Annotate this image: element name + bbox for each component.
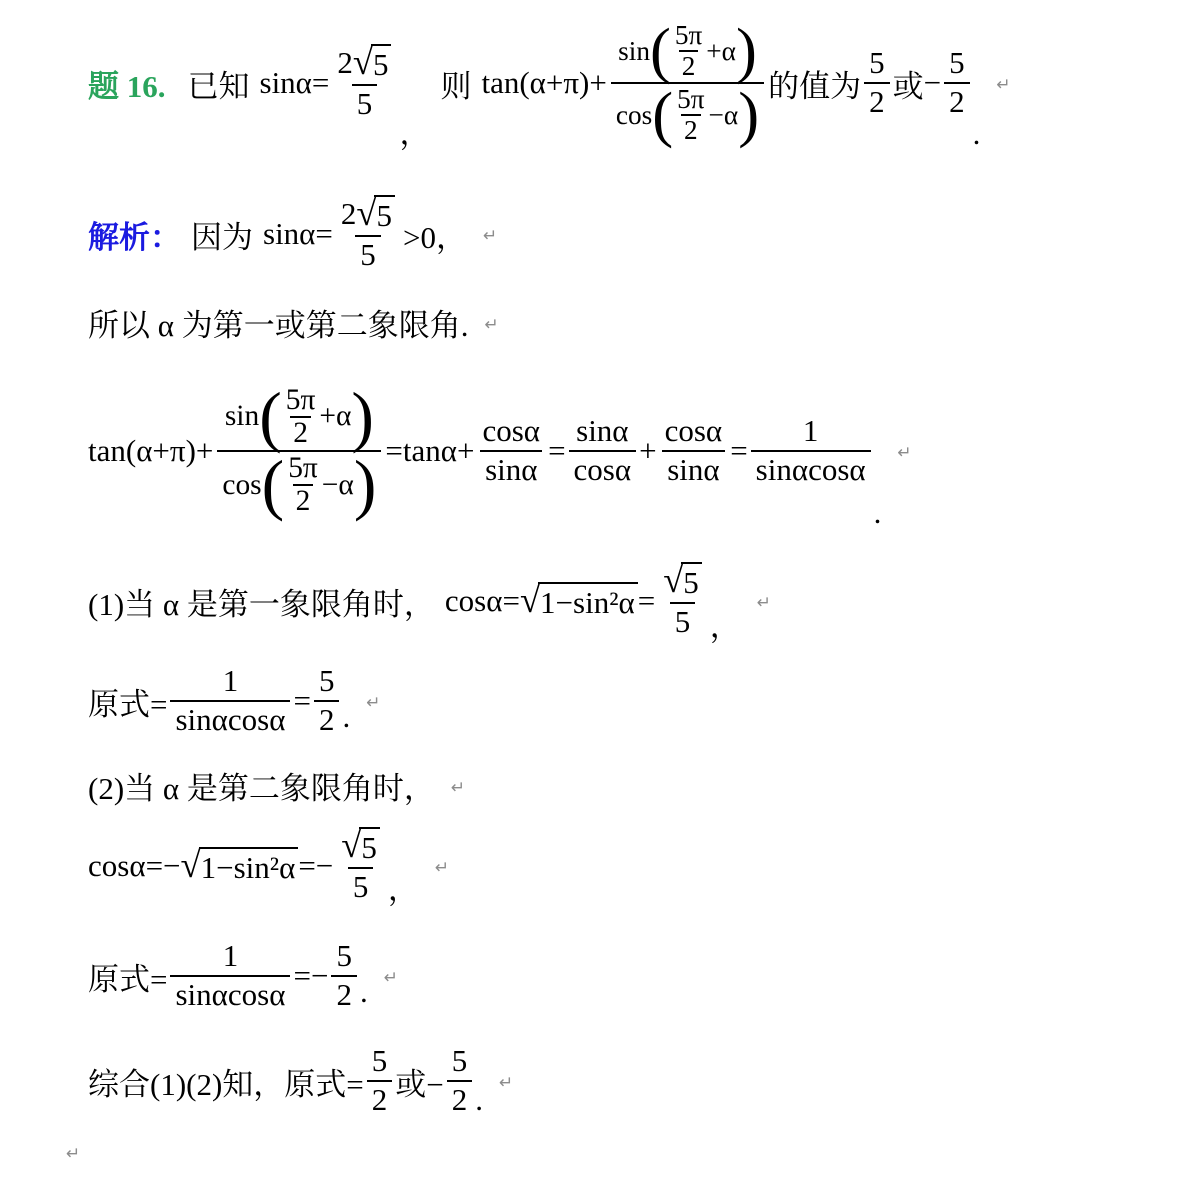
- conclusion-line: 综合(1)(2)知，原式= 5 2 或− 5 2 . ↵: [88, 1038, 1173, 1124]
- denominator: 2: [944, 82, 970, 121]
- radical-icon: √: [353, 44, 373, 81]
- fraction-5-2: 5 2: [367, 1043, 393, 1118]
- tan-expression: tan(α+π)+: [481, 65, 606, 101]
- fraction-2root5-over-5: 2 √ 5 5: [336, 194, 400, 273]
- denominator: sinα: [662, 450, 724, 489]
- fraction-denominator: 5: [348, 867, 374, 906]
- denominator: sinαcosα: [751, 450, 871, 489]
- fraction-reciprocal: 1 sinαcosα: [170, 663, 290, 738]
- problem-statement-line: 题 16. 已知 sinα= 2 √ 5 5 ， 则 tan(α+π)+ sin…: [88, 8, 1173, 158]
- numerator: sinα: [571, 413, 633, 450]
- case2-result-line: 原式= 1 sinαcosα =− 5 2 . ↵: [88, 936, 1173, 1016]
- fraction-numerator: 2 √ 5: [336, 194, 400, 235]
- or-text: 或: [893, 61, 924, 106]
- numerator: 1: [218, 663, 244, 700]
- fraction-denominator: 5: [670, 602, 696, 641]
- value-is-text: 的值为: [768, 61, 861, 106]
- radical-icon: √: [341, 827, 361, 864]
- denominator: 2: [447, 1080, 473, 1119]
- numerator: 1: [218, 938, 244, 975]
- denominator: 2: [367, 1080, 393, 1119]
- return-mark-icon: ↵: [435, 858, 449, 878]
- fraction-denominator: 5: [352, 84, 378, 123]
- radical-icon: √: [663, 562, 683, 599]
- return-mark-icon: ↵: [384, 968, 398, 988]
- cos-alpha-equals: cosα=: [445, 583, 520, 619]
- denominator: 2: [314, 700, 340, 739]
- period: .: [475, 1084, 483, 1115]
- fraction-2root5-over-5: 2 √ 5 5: [332, 43, 396, 122]
- quadrant-statement-line: 所以 α 为第一或第二象限角. ↵: [88, 300, 1173, 345]
- return-mark-icon: ↵: [485, 315, 499, 335]
- fraction-5-2: 5 2: [447, 1043, 473, 1118]
- big-fraction-sin-cos: sin ( 5π 2 +α ) cos ( 5π 2 −α ): [217, 384, 381, 519]
- case1-line: (1)当 α 是第一象限角时， cosα= √ 1−sin²α = √ 5 5 …: [88, 551, 1173, 651]
- big-fraction-denominator: cos ( 5π 2 −α ): [217, 450, 381, 518]
- known-text: 已知: [188, 61, 250, 106]
- radicand: 1−sin²α: [199, 847, 299, 886]
- original-expression-equals: 原式=: [88, 954, 167, 999]
- equals-sign: =: [548, 433, 565, 469]
- cos-alpha-equals-minus: cosα=−: [88, 848, 181, 884]
- numerator: 5: [864, 45, 890, 82]
- radicand: 5: [371, 44, 392, 83]
- fraction-root5-over-5: √ 5 5: [336, 826, 385, 905]
- left-paren: (: [262, 453, 285, 517]
- right-paren: ): [354, 453, 377, 517]
- sqrt-5: √ 5: [663, 562, 702, 601]
- sin-alpha-equals: sinα=: [263, 216, 333, 252]
- fraction-numerator: 2 √ 5: [332, 43, 396, 84]
- sqrt-1-minus-sin2: √ 1−sin²α: [520, 582, 638, 621]
- coefficient: 2: [337, 46, 353, 81]
- quadrant-text: 所以 α 为第一或第二象限角.: [88, 300, 469, 345]
- because-text: 因为: [191, 212, 253, 257]
- fraction-5-2: 5 2: [864, 45, 890, 120]
- numerator: 5: [331, 938, 357, 975]
- inner-denominator: 2: [293, 484, 314, 517]
- big-fraction-numerator: sin ( 5π 2 +α ): [220, 384, 379, 450]
- inner-denominator: 2: [290, 416, 311, 449]
- equals-minus: =−: [298, 848, 333, 884]
- period: .: [973, 118, 981, 149]
- fraction-reciprocal: 1 sinαcosα: [751, 413, 871, 488]
- inner-numerator: 5π: [285, 453, 321, 484]
- numerator: 1: [798, 413, 824, 450]
- coefficient: 2: [341, 197, 357, 232]
- big-fraction-denominator: cos ( 5π 2 −α ): [611, 82, 764, 146]
- radicand: 5: [359, 827, 380, 866]
- numerator: cosα: [477, 413, 545, 450]
- case2-line: (2)当 α 是第二象限角时， ↵: [88, 763, 1173, 808]
- fraction-5-2: 5 2: [314, 663, 340, 738]
- case1-lead-text: (1)当 α 是第一象限角时，: [88, 579, 435, 624]
- equals-sign: =: [730, 433, 747, 469]
- case1-result-line: 原式= 1 sinαcosα = 5 2 . ↵: [88, 661, 1173, 741]
- sqrt-5: √ 5: [341, 827, 380, 866]
- case2-cos-line: cosα=− √ 1−sin²α =− √ 5 5 ， ↵: [88, 818, 1173, 914]
- numerator: 5: [447, 1043, 473, 1080]
- denominator: 2: [864, 82, 890, 121]
- sin-function: sin: [225, 400, 259, 433]
- greater-than-zero: >0，: [403, 212, 467, 257]
- comma: ，: [710, 611, 741, 642]
- cos-function: cos: [616, 100, 652, 131]
- plus-sign: +: [639, 433, 656, 469]
- fraction-sin-cos: sinα cosα: [569, 413, 637, 488]
- derivation-line: tan(α+π)+ sin ( 5π 2 +α ) cos ( 5π 2 −α: [88, 365, 1173, 537]
- return-mark-icon: ↵: [897, 443, 911, 463]
- return-mark-icon: ↵: [366, 693, 380, 713]
- sqrt-5: √ 5: [353, 44, 392, 83]
- document-page: 题 16. 已知 sinα= 2 √ 5 5 ， 则 tan(α+π)+ sin…: [0, 0, 1183, 1162]
- period: .: [874, 497, 882, 528]
- right-paren: ): [736, 21, 757, 81]
- numerator: 5: [944, 45, 970, 82]
- denominator: sinα: [480, 450, 542, 489]
- fraction-5-2: 5 2: [944, 45, 970, 120]
- radical-icon: √: [356, 195, 376, 232]
- inner-denominator: 2: [681, 114, 701, 145]
- sin-alpha-equals: sinα=: [260, 65, 330, 101]
- problem-number-label: 题 16.: [88, 61, 166, 106]
- equals-sign: =: [293, 683, 310, 719]
- return-mark-icon: ↵: [757, 593, 771, 613]
- fraction-numerator: √ 5: [658, 561, 707, 602]
- analysis-label: 解析：: [88, 212, 181, 257]
- return-mark-icon: ↵: [483, 226, 497, 246]
- big-fraction-sin-cos: sin ( 5π 2 +α ) cos ( 5π 2 −α ): [611, 20, 764, 146]
- denominator: 2: [331, 975, 357, 1014]
- denominator: cosα: [569, 450, 637, 489]
- radical-icon: √: [520, 582, 540, 619]
- period: .: [360, 976, 368, 1007]
- fraction-denominator: 5: [355, 235, 381, 274]
- fraction-cos-sin: cosα sinα: [477, 413, 545, 488]
- case2-lead-text: (2)当 α 是第二象限角时，: [88, 763, 435, 808]
- equals-tan-plus: =tanα+: [385, 433, 474, 469]
- left-paren: (: [652, 85, 673, 145]
- return-mark-icon: ↵: [996, 75, 1010, 95]
- then-text: 则: [440, 61, 471, 106]
- radical-icon: √: [181, 847, 201, 884]
- tan-expression: tan(α+π)+: [88, 433, 213, 469]
- return-mark-icon: ↵: [451, 778, 465, 798]
- minus-alpha: −α: [322, 469, 354, 502]
- or-minus-text: 或−: [395, 1059, 443, 1104]
- fraction-cos-sin: cosα sinα: [660, 413, 728, 488]
- right-paren: ): [738, 85, 759, 145]
- fraction-5-2: 5 2: [331, 938, 357, 1013]
- denominator: sinαcosα: [170, 700, 290, 739]
- equals-sign: =: [638, 583, 655, 619]
- fraction-root5-over-5: √ 5 5: [658, 561, 707, 640]
- inner-fraction-5pi-2: 5π 2: [285, 453, 321, 517]
- fraction-reciprocal: 1 sinαcosα: [170, 938, 290, 1013]
- sqrt-5: √ 5: [356, 195, 395, 234]
- inner-fraction-5pi-2: 5π 2: [283, 385, 319, 449]
- right-paren: ): [351, 385, 374, 449]
- inner-fraction-5pi-2: 5π 2: [674, 85, 707, 145]
- numerator: 5: [367, 1043, 393, 1080]
- minus-sign: −: [924, 65, 941, 101]
- left-paren: (: [259, 385, 282, 449]
- inner-numerator: 5π: [674, 85, 707, 114]
- page-end-line: ↵: [66, 1142, 1173, 1162]
- minus-alpha: −α: [709, 100, 739, 131]
- numerator: 5: [314, 663, 340, 700]
- plus-alpha: +α: [706, 36, 736, 67]
- sin-function: sin: [618, 36, 650, 67]
- radicand: 5: [681, 562, 702, 601]
- plus-alpha: +α: [319, 400, 351, 433]
- cos-function: cos: [222, 469, 261, 502]
- inner-fraction-5pi-2: 5π 2: [672, 21, 705, 81]
- inner-denominator: 2: [679, 50, 699, 81]
- fraction-numerator: √ 5: [336, 826, 385, 867]
- equals-minus: =−: [293, 958, 328, 994]
- comma: ，: [399, 118, 430, 149]
- radicand: 1−sin²α: [538, 582, 638, 621]
- radicand: 5: [374, 195, 395, 234]
- denominator: sinαcosα: [170, 975, 290, 1014]
- original-expression-equals: 原式=: [88, 679, 167, 724]
- inner-numerator: 5π: [672, 21, 705, 50]
- conclusion-lead-text: 综合(1)(2)知，原式=: [88, 1059, 364, 1104]
- period: .: [342, 701, 350, 732]
- analysis-line: 解析： 因为 sinα= 2 √ 5 5 >0， ↵: [88, 192, 1173, 276]
- numerator: cosα: [660, 413, 728, 450]
- sqrt-1-minus-sin2: √ 1−sin²α: [181, 847, 299, 886]
- left-paren: (: [650, 21, 671, 81]
- comma: ，: [388, 874, 419, 905]
- inner-numerator: 5π: [283, 385, 319, 416]
- big-fraction-numerator: sin ( 5π 2 +α ): [613, 20, 762, 82]
- return-mark-icon: ↵: [499, 1073, 513, 1093]
- return-mark-icon: ↵: [66, 1144, 80, 1164]
